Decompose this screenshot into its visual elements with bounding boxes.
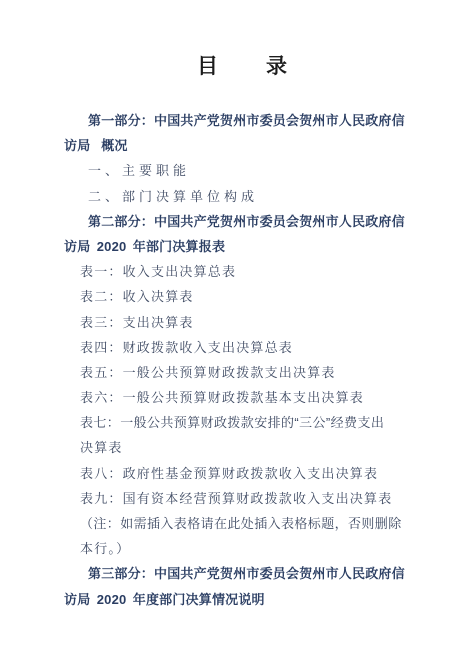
toc-line-table-4: 表四：财政拨款收入支出决算总表 <box>0 335 462 360</box>
document-title: 目 录 <box>11 52 462 82</box>
toc-line-item-1: 一、主要职能 <box>0 158 462 183</box>
toc-line-table-5: 表五：一般公共预算财政拨款支出决算表 <box>0 360 462 385</box>
toc-line-part2-cont: 访局 2020 年部门决算报表 <box>0 234 462 259</box>
toc-line-table-8: 表八：政府性基金预算财政拨款收入支出决算表 <box>0 461 462 486</box>
table-of-contents: 第一部分：中国共产党贺州市委员会贺州市人民政府信 访局 概况 一、主要职能 二、… <box>0 108 462 612</box>
title-char-left: 目 <box>197 52 218 82</box>
toc-line-table-3: 表三：支出决算表 <box>0 310 462 335</box>
toc-line-part2-heading: 第二部分：中国共产党贺州市委员会贺州市人民政府信 <box>0 209 462 234</box>
toc-line-part3-heading: 第三部分：中国共产党贺州市委员会贺州市人民政府信 <box>0 561 462 586</box>
toc-line-part3-cont: 访局 2020 年度部门决算情况说明 <box>0 587 462 612</box>
toc-line-table-2: 表二：收入决算表 <box>0 284 462 309</box>
toc-line-table-7: 表七：一般公共预算财政拨款安排的“三公”经费支出 <box>0 410 462 435</box>
toc-line-note-cont: 本行。） <box>0 536 462 561</box>
toc-line-item-2: 二、部门决算单位构成 <box>0 184 462 209</box>
toc-line-table-1: 表一：收入支出决算总表 <box>0 259 462 284</box>
toc-line-part1-cont: 访局 概况 <box>0 133 462 158</box>
toc-line-table-9: 表九：国有资本经营预算财政拨款收入支出决算表 <box>0 486 462 511</box>
toc-line-part1-heading: 第一部分：中国共产党贺州市委员会贺州市人民政府信 <box>0 108 462 133</box>
title-char-right: 录 <box>266 52 287 82</box>
document-page: 目 录 第一部分：中国共产党贺州市委员会贺州市人民政府信 访局 概况 一、主要职… <box>0 0 462 657</box>
toc-line-table-7-cont: 决算表 <box>0 435 462 460</box>
toc-line-table-6: 表六：一般公共预算财政拨款基本支出决算表 <box>0 385 462 410</box>
toc-line-note: （注：如需插入表格请在此处插入表格标题，否则删除 <box>0 511 462 536</box>
